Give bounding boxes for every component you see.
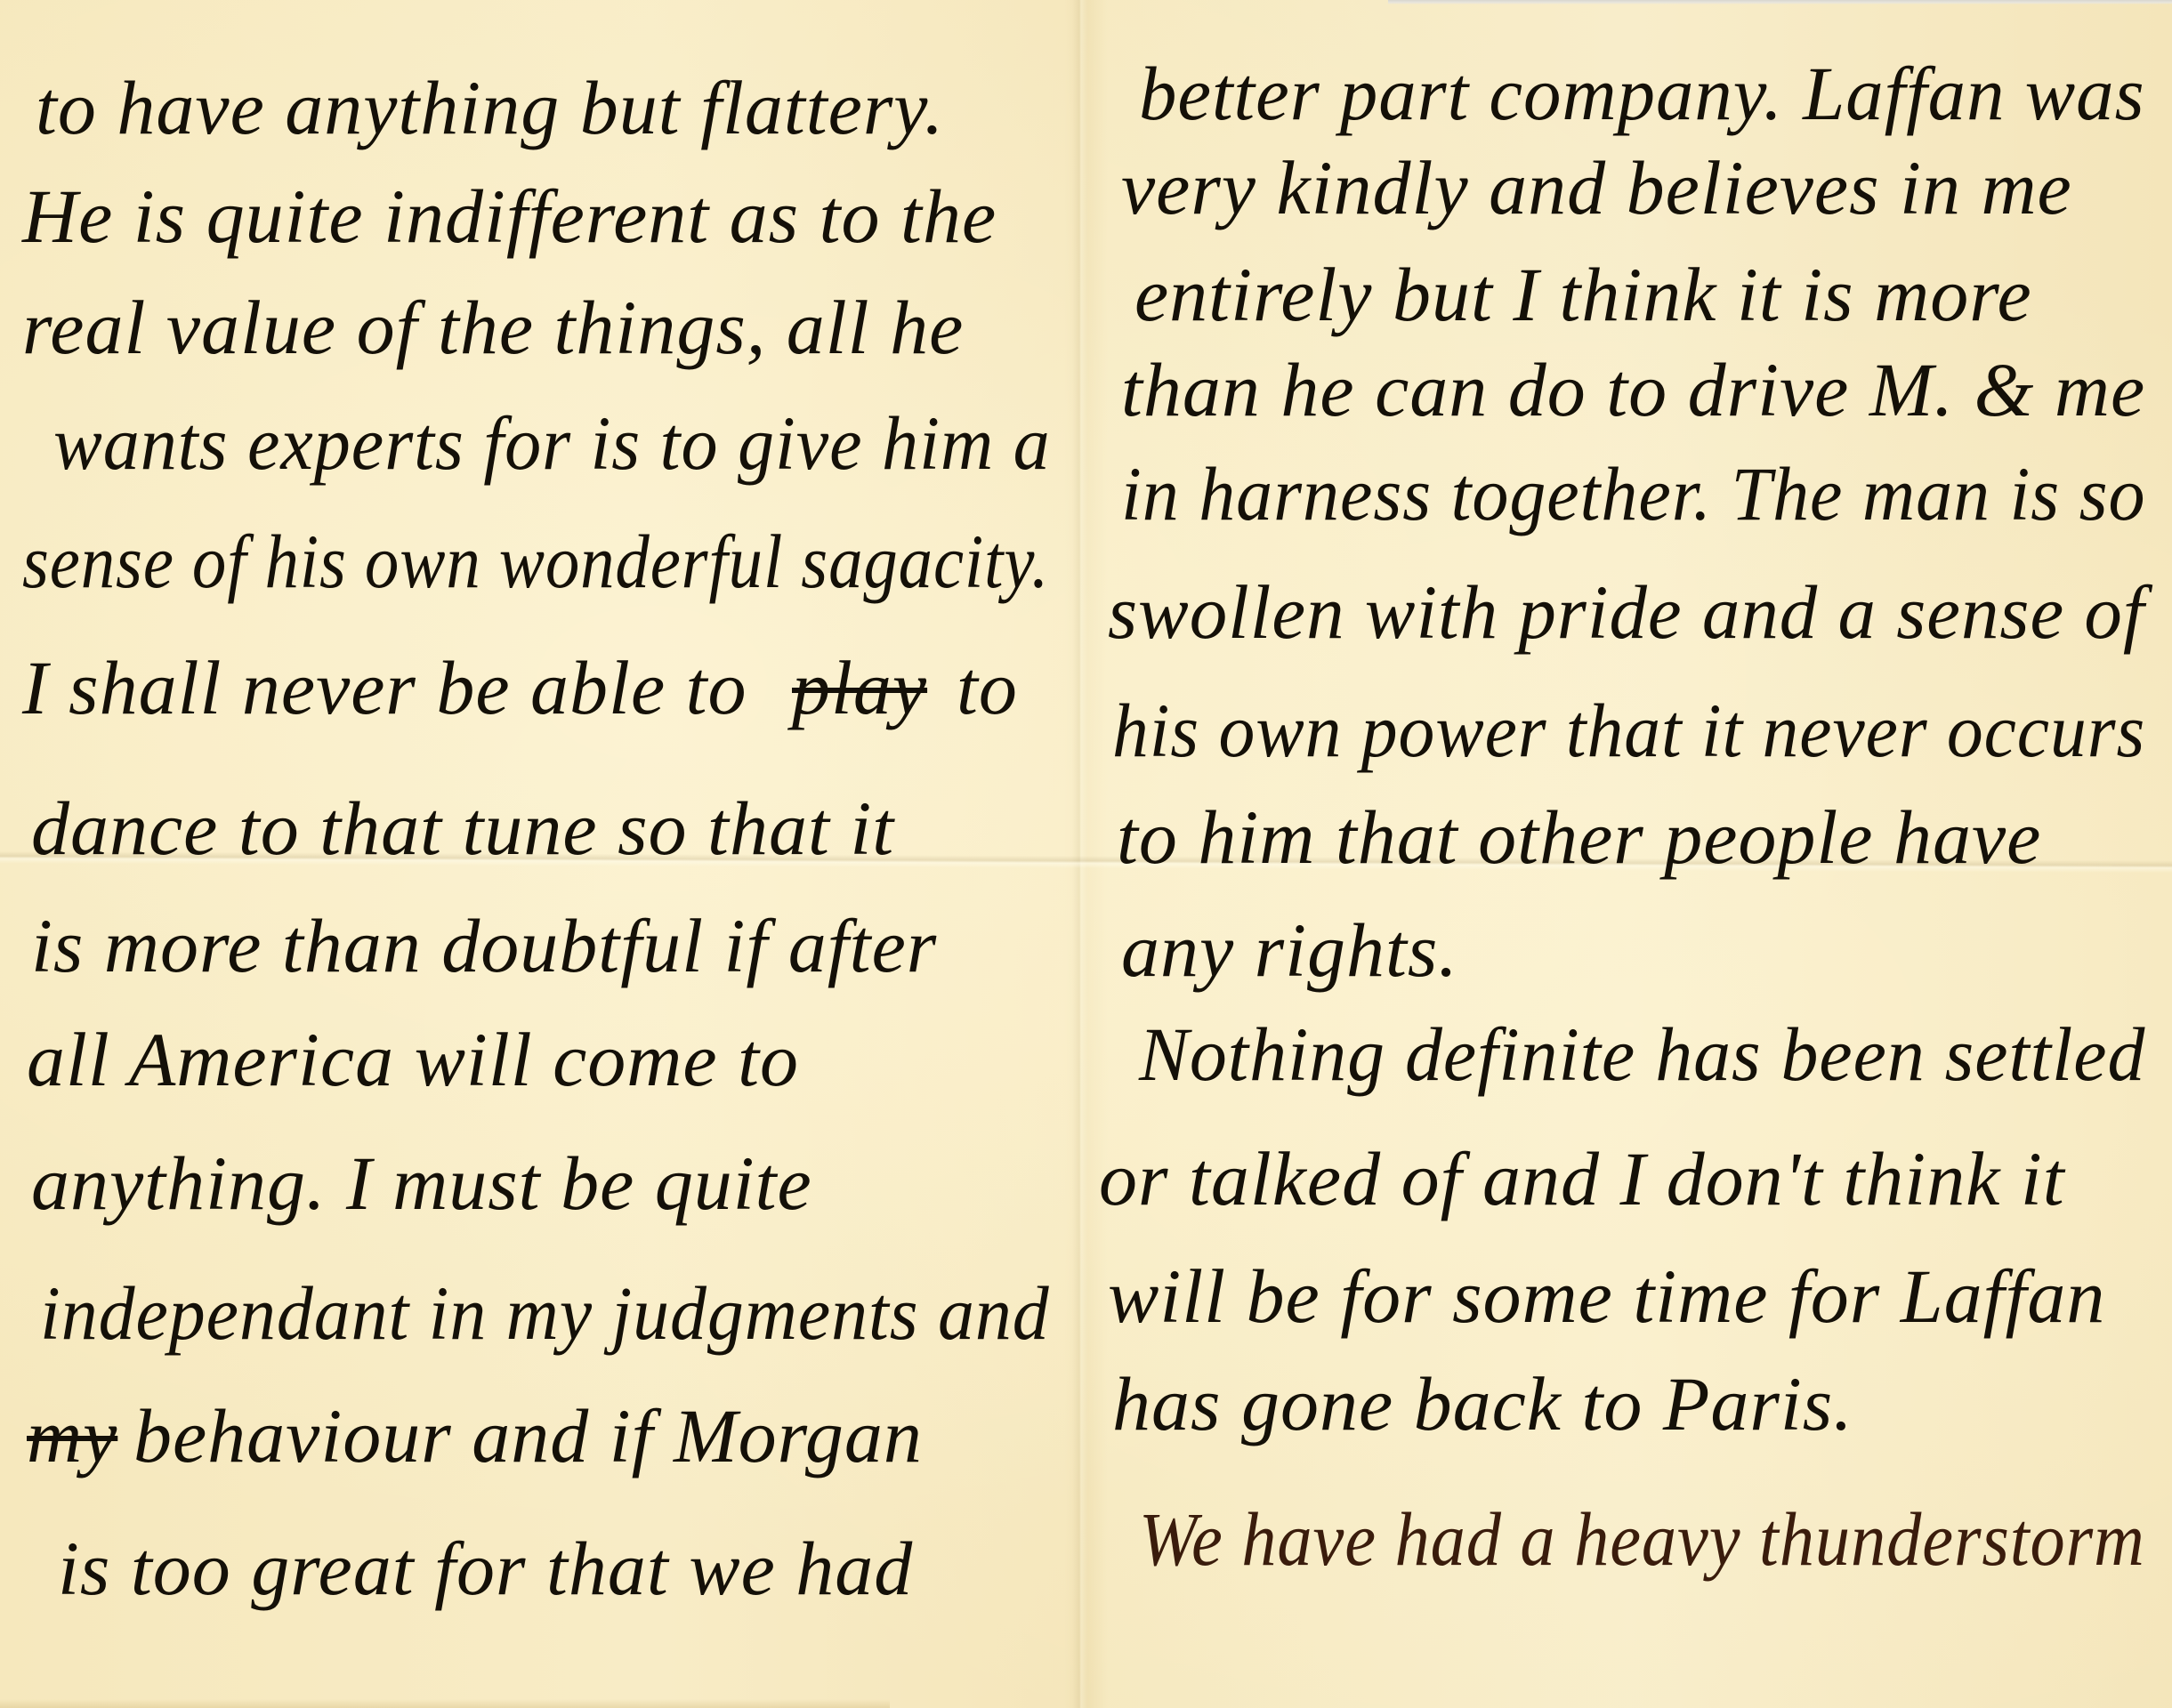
left-page: to have anything but flattery. He is qui…: [0, 0, 1077, 1708]
right-line-12: will be for some time for Laffan: [1108, 1258, 2105, 1334]
right-line-8: to him that other people have: [1117, 799, 2041, 875]
left-line-6: I shall never be able to: [22, 649, 747, 726]
right-line-11: or talked of and I don't think it: [1099, 1140, 2065, 1217]
right-line-7: his own power that it never occurs: [1112, 692, 2145, 769]
letter-scan: to have anything but flattery. He is qui…: [0, 0, 2172, 1708]
right-line-14: We have had a heavy thunderstorm: [1139, 1501, 2145, 1577]
right-page: better part company. Laffan was very kin…: [1086, 0, 2172, 1708]
left-line-2: He is quite indifferent as to the: [22, 178, 997, 254]
struck-word-my: my: [27, 1398, 117, 1474]
right-line-10: Nothing definite has been settled: [1139, 1016, 2145, 1092]
right-line-4: than he can do to drive M. & me: [1121, 351, 2145, 428]
right-line-5: in harness together. The man is so: [1121, 455, 2145, 532]
left-line-12: behaviour and if Morgan: [133, 1398, 923, 1474]
right-line-3: entirely but I think it is more: [1134, 256, 2032, 333]
left-line-8: is more than doubtful if after: [31, 907, 937, 984]
left-line-5: sense of his own wonderful sagacity.: [22, 523, 1049, 600]
left-line-6-end: to: [957, 649, 1018, 726]
left-line-13: is too great for that we had: [58, 1530, 913, 1607]
left-line-4: wants experts for is to give him a: [53, 405, 1051, 481]
right-line-1: better part company. Laffan was: [1139, 55, 2145, 132]
left-line-10: anything. I must be quite: [31, 1145, 812, 1221]
left-line-7: dance to that tune so that it: [31, 790, 894, 866]
right-line-9: any rights.: [1121, 912, 1458, 988]
right-line-2: very kindly and believes in me: [1121, 149, 2072, 226]
left-line-1: to have anything but flattery.: [36, 69, 944, 146]
left-line-3: real value of the things, all he: [22, 289, 964, 366]
right-line-13: has gone back to Paris.: [1112, 1366, 1853, 1442]
struck-word-play: play: [792, 649, 927, 726]
right-line-6: swollen with pride and a sense of: [1108, 574, 2144, 650]
left-line-11: independant in my judgments and: [40, 1275, 1050, 1351]
left-line-9: all America will come to: [27, 1021, 799, 1098]
